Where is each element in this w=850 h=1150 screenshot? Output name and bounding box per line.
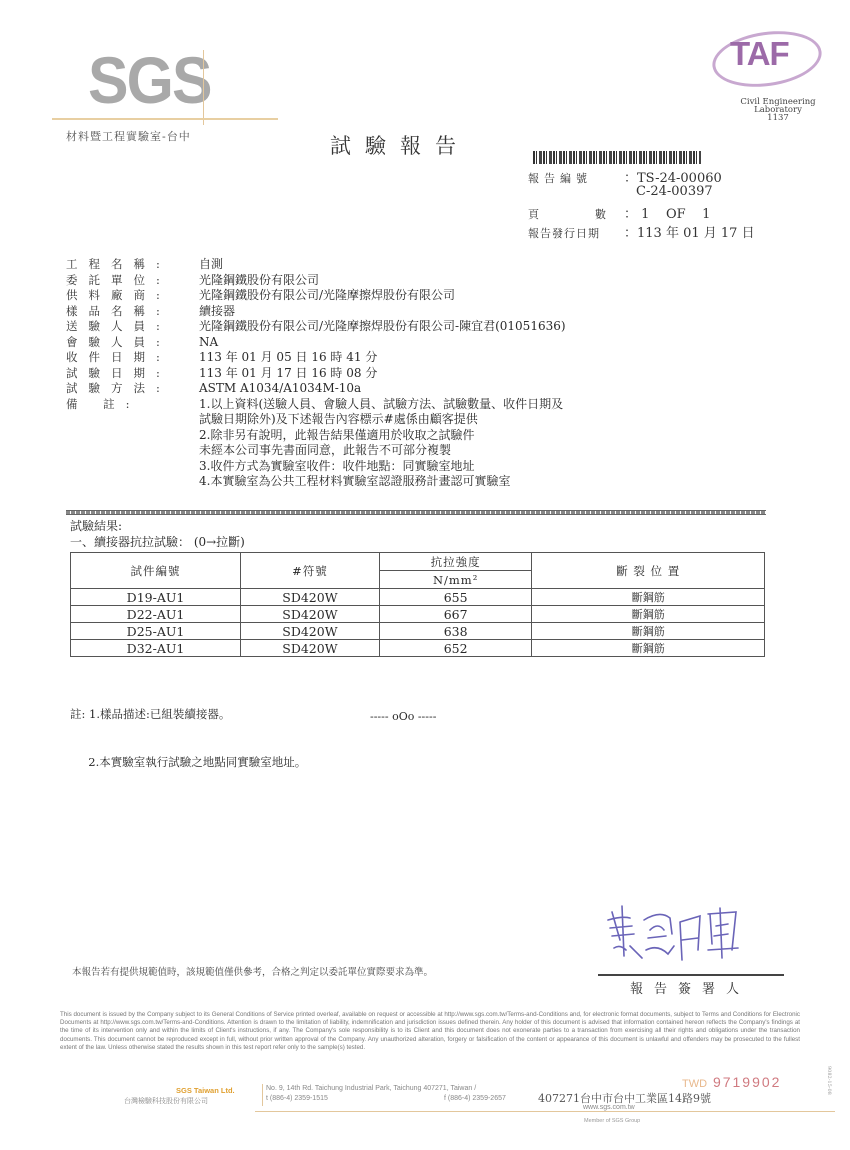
phone: t (886-4) 2359-1515 — [266, 1095, 328, 1102]
info-row: 送驗人員:光隆鋼鐵股份有限公司/光隆摩擦焊股份有限公司-陳宜君(01051636… — [66, 319, 566, 335]
report-number-2: C-24-00397 — [636, 184, 713, 199]
cell-specimen: D25-AU1 — [71, 623, 241, 640]
issue-date-row: 報告發行日期：113 年 01 月 17 日 — [528, 222, 755, 241]
info-row: 4.本實驗室為公共工程材料實驗室認證服務計畫認可實驗室 — [66, 474, 566, 490]
info-row: 3.收件方式為實驗室收件：收件地點：同實驗室地址 — [66, 459, 566, 475]
info-value: 113 年 01 月 05 日 16 時 41 分 — [199, 350, 377, 366]
col-grade: #符號 — [241, 553, 380, 589]
info-label: 樣品名稱: — [66, 304, 199, 320]
signature-line — [598, 974, 784, 976]
cell-specimen: D19-AU1 — [71, 589, 241, 606]
info-label: 收件日期: — [66, 350, 199, 366]
cell-strength: 667 — [379, 606, 532, 623]
footer-rule — [255, 1111, 835, 1112]
info-value: 113 年 01 月 17 日 16 時 08 分 — [199, 366, 377, 382]
serial-currency: TWD — [682, 1078, 707, 1090]
lab-name: 材料暨工程實驗室-台中 — [66, 128, 191, 144]
side-form-code: 9082-15-08 — [824, 1066, 832, 1095]
info-row: 備 註:1.以上資料(送驗人員、會驗人員、試驗方法、試驗數量、收件日期及 — [66, 397, 566, 413]
taf-logo: TAF — [730, 35, 789, 73]
info-label: 工程名稱: — [66, 257, 199, 273]
info-row: 試驗方法:ASTM A1034/A1034M-10a — [66, 381, 566, 397]
table-row: D22-AU1SD420W667斷鋼筋 — [71, 606, 765, 623]
signature-icon — [600, 900, 790, 972]
cell-grade: SD420W — [241, 623, 380, 640]
info-row: 供料廠商:光隆鋼鐵股份有限公司/光隆摩擦焊股份有限公司 — [66, 288, 566, 304]
cell-strength: 655 — [379, 589, 532, 606]
barcode — [533, 151, 701, 164]
info-value: 光隆鋼鐵股份有限公司/光隆摩擦焊股份有限公司-陳宜君(01051636) — [199, 319, 566, 335]
info-row: 樣品名稱:續接器 — [66, 304, 566, 320]
info-value: 1.以上資料(送驗人員、會驗人員、試驗方法、試驗數量、收件日期及 — [199, 397, 563, 413]
cell-fracture: 斷鋼筋 — [532, 623, 765, 640]
info-row: 未經本公司事先書面同意，此報告不可部分複製 — [66, 443, 566, 459]
info-row: 委託單位:光隆鋼鐵股份有限公司 — [66, 273, 566, 289]
pages-label: 頁 數 — [528, 206, 624, 222]
info-row: 會驗人員:NA — [66, 335, 566, 351]
company-name-cn: 台灣檢驗科技股份有限公司 — [124, 1096, 208, 1106]
cell-grade: SD420W — [241, 640, 380, 657]
info-label — [66, 443, 199, 459]
cell-strength: 638 — [379, 623, 532, 640]
col-fracture: 斷 裂 位 置 — [532, 553, 765, 589]
section-divider — [66, 510, 766, 515]
footer-divider — [262, 1084, 263, 1106]
info-value: 2.除非另有說明，此報告結果僅適用於收取之試驗件 — [199, 428, 474, 444]
info-label: 試驗日期: — [66, 366, 199, 382]
info-row: 工程名稱:自測 — [66, 257, 566, 273]
info-label: 備 註: — [66, 397, 199, 413]
info-value: 光隆鋼鐵股份有限公司 — [199, 273, 319, 289]
info-value: 未經本公司事先書面同意，此報告不可部分複製 — [199, 443, 451, 459]
website-link[interactable]: www.sgs.com.tw — [583, 1104, 635, 1111]
info-row: 收件日期:113 年 01 月 05 日 16 時 41 分 — [66, 350, 566, 366]
cell-specimen: D32-AU1 — [71, 640, 241, 657]
note-2: 2.本實驗室執行試驗之地點同實驗室地址。 — [70, 754, 306, 770]
pages-row: 頁 數： 1 OF 1 — [528, 203, 710, 222]
info-value: 自測 — [199, 257, 223, 273]
cell-grade: SD420W — [241, 606, 380, 623]
info-label — [66, 459, 199, 475]
info-label: 送驗人員: — [66, 319, 199, 335]
results-notes: 註: 1.樣品描述:已組裝續接器。 2.本實驗室執行試驗之地點同實驗室地址。 — [70, 674, 306, 786]
info-value: 試驗日期除外)及下述報告內容標示#處係由顧客提供 — [199, 412, 478, 428]
member-of-group: Member of SGS Group — [584, 1118, 640, 1124]
table-row: D25-AU1SD420W638斷鋼筋 — [71, 623, 765, 640]
info-value: 續接器 — [199, 304, 235, 320]
info-label — [66, 474, 199, 490]
report-info: 工程名稱:自測委託單位:光隆鋼鐵股份有限公司供料廠商:光隆鋼鐵股份有限公司/光隆… — [66, 257, 566, 490]
col-strength: 抗拉強度 — [379, 553, 532, 571]
fax: f (886-4) 2359-2657 — [444, 1095, 506, 1102]
end-mark: ----- oOo ----- — [370, 710, 436, 723]
info-label: 供料廠商: — [66, 288, 199, 304]
report-title: 試驗報告 — [330, 130, 470, 160]
cell-fracture: 斷鋼筋 — [532, 589, 765, 606]
signer-label: 報告簽署人 — [630, 978, 750, 997]
info-row: 試驗日期除外)及下述報告內容標示#處係由顧客提供 — [66, 412, 566, 428]
cell-fracture: 斷鋼筋 — [532, 606, 765, 623]
cell-grade: SD420W — [241, 589, 380, 606]
cell-fracture: 斷鋼筋 — [532, 640, 765, 657]
info-value: 3.收件方式為實驗室收件：收件地點：同實驗室地址 — [199, 459, 474, 475]
address-en: No. 9, 14th Rd. Taichung Industrial Park… — [266, 1085, 476, 1092]
serial-number: TWD 9719902 — [682, 1074, 781, 1090]
col-unit: N/mm² — [379, 571, 532, 589]
taf-accreditation: Civil Engineering Laboratory 1137 — [728, 98, 828, 122]
serial-value: 9719902 — [713, 1074, 782, 1090]
cell-specimen: D22-AU1 — [71, 606, 241, 623]
info-value: NA — [199, 335, 218, 351]
sgs-logo: SGS — [88, 50, 211, 110]
spec-disclaimer: 本報告若有提供規範值時，該規範值僅供參考，合格之判定以委託單位實際要求為準。 — [72, 964, 433, 978]
report-number-label: 報告編號 — [528, 170, 624, 186]
issue-date: 113 年 01 月 17 日 — [637, 226, 755, 241]
info-value: 4.本實驗室為公共工程材料實驗室認證服務計畫認可實驗室 — [199, 474, 510, 490]
col-specimen: 試件編號 — [71, 553, 241, 589]
issue-date-label: 報告發行日期 — [528, 225, 624, 241]
pages-value: 1 OF 1 — [641, 207, 710, 222]
results-heading-block: 試驗結果: 一、續接器抗拉試驗： (0→拉斷) — [70, 518, 245, 550]
legal-terms: This document is issued by the Company s… — [60, 1011, 800, 1052]
cell-strength: 652 — [379, 640, 532, 657]
results-heading: 試驗結果: — [70, 518, 245, 534]
info-value: 光隆鋼鐵股份有限公司/光隆摩擦焊股份有限公司 — [199, 288, 455, 304]
info-value: ASTM A1034/A1034M-10a — [199, 381, 361, 397]
company-name-en: SGS Taiwan Ltd. — [176, 1086, 235, 1095]
logo-divider — [203, 50, 204, 125]
note-1: 註: 1.樣品描述:已組裝續接器。 — [70, 706, 306, 722]
info-label — [66, 428, 199, 444]
info-label: 委託單位: — [66, 273, 199, 289]
table-row: D19-AU1SD420W655斷鋼筋 — [71, 589, 765, 606]
taf-line-3: 1137 — [728, 114, 828, 122]
info-label: 試驗方法: — [66, 381, 199, 397]
info-row: 2.除非另有說明，此報告結果僅適用於收取之試驗件 — [66, 428, 566, 444]
logo-underline — [52, 118, 278, 120]
results-table: 試件編號 #符號 抗拉強度 斷 裂 位 置 N/mm² D19-AU1SD420… — [70, 552, 765, 657]
info-label — [66, 412, 199, 428]
table-row: D32-AU1SD420W652斷鋼筋 — [71, 640, 765, 657]
info-row: 試驗日期:113 年 01 月 17 日 16 時 08 分 — [66, 366, 566, 382]
test-subheading: 一、續接器抗拉試驗： (0→拉斷) — [70, 534, 245, 550]
info-label: 會驗人員: — [66, 335, 199, 351]
